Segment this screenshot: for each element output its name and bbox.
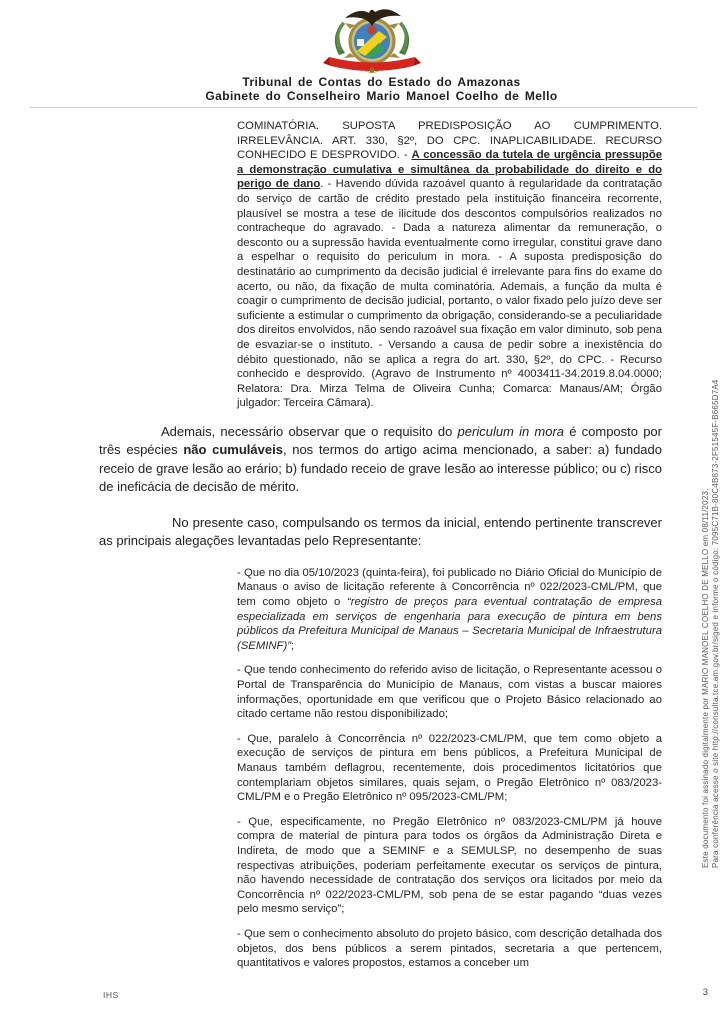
document-page: Tribunal de Contas do Estado do Amazonas… <box>0 0 723 1024</box>
text-segment: - Que sem o conhecimento absoluto do pro… <box>237 928 662 969</box>
signature-line: Este documento foi assinado digitalmente… <box>701 126 711 868</box>
allegation-item: - Que no dia 05/10/2023 (quinta-feira), … <box>237 566 662 654</box>
allegation-item: - Que tendo conhecimento do referido avi… <box>237 663 662 721</box>
text-segment: No presente caso, compulsando os termos … <box>99 515 662 549</box>
footer-initials: IHS <box>103 990 119 1000</box>
body-paragraph-presente-caso: No presente caso, compulsando os termos … <box>99 514 662 551</box>
page-number: 3 <box>703 987 708 998</box>
verification-line: Para conferência acesse o site http://co… <box>711 126 721 868</box>
header-divider <box>30 107 697 108</box>
allegation-item: - Que sem o conhecimento absoluto do pro… <box>237 927 662 971</box>
jurisprudence-quote-text: COMINATÓRIA. SUPOSTA PREDISPOSIÇÃO AO CU… <box>237 119 662 411</box>
jurisprudence-quote: COMINATÓRIA. SUPOSTA PREDISPOSIÇÃO AO CU… <box>237 119 662 411</box>
org-title-block: Tribunal de Contas do Estado do Amazonas… <box>40 75 723 103</box>
allegations-quote-list: - Que no dia 05/10/2023 (quinta-feira), … <box>237 566 662 971</box>
text-segment: periculum in mora <box>458 424 564 439</box>
red-disc-icon <box>367 26 376 35</box>
document-header: Tribunal de Contas do Estado do Amazonas… <box>0 0 723 108</box>
text-segment: - Que, especificamente, no Pregão Eletrô… <box>237 816 662 916</box>
white-square-icon <box>357 39 364 46</box>
allegation-item: - Que, especificamente, no Pregão Eletrô… <box>237 815 662 917</box>
coat-of-arms-icon <box>317 3 427 75</box>
text-segment: não cumuláveis <box>183 442 283 457</box>
digital-signature-note: Este documento foi assinado digitalmente… <box>701 126 720 868</box>
text-segment: Ademais, necessário observar que o requi… <box>161 424 458 439</box>
body-paragraph-requisito: Ademais, necessário observar que o requi… <box>99 423 662 497</box>
org-name: Tribunal de Contas do Estado do Amazonas <box>40 75 723 89</box>
eagle-icon <box>345 9 401 26</box>
text-segment: - Que tendo conhecimento do referido avi… <box>237 664 662 720</box>
text-segment: ; <box>291 640 294 652</box>
allegation-item: - Que, paralelo à Concorrência nº 022/20… <box>237 732 662 805</box>
org-cabinet: Gabinete do Conselheiro Mario Manoel Coe… <box>40 89 723 103</box>
text-segment: - Que, paralelo à Concorrência nº 022/20… <box>237 733 662 803</box>
text-segment: . - Havendo dúvida razoável quanto à reg… <box>237 178 662 409</box>
tcam-coat-of-arms-logo <box>317 3 427 75</box>
